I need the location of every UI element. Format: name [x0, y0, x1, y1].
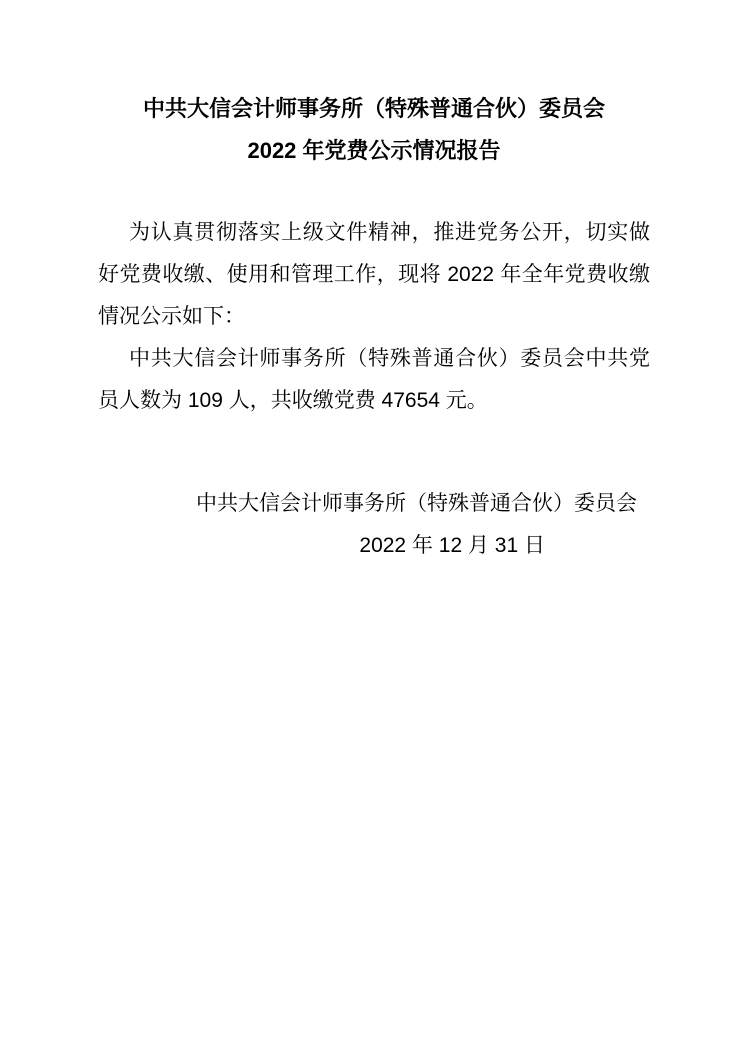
signature-block: 中共大信会计师事务所（特殊普通合伙）委员会 2022 年 12 月 31 日	[98, 483, 650, 567]
paragraph-2-line-2: 员人数为 109 人，共收缴党费 47654 元。	[98, 380, 650, 422]
document-page: 中共大信会计师事务所（特殊普通合伙）委员会 2022 年党费公示情况报告 为认真…	[0, 0, 750, 1061]
document-title: 中共大信会计师事务所（特殊普通合伙）委员会 2022 年党费公示情况报告	[98, 88, 650, 172]
paragraph-1-line-3: 情况公示如下：	[98, 296, 650, 338]
document-body: 为认真贯彻落实上级文件精神，推进党务公开，切实做 好党费收缴、使用和管理工作，现…	[98, 212, 650, 422]
paragraph-1-line-2: 好党费收缴、使用和管理工作，现将 2022 年全年党费收缴	[98, 254, 650, 296]
paragraph-1-line-1: 为认真贯彻落实上级文件精神，推进党务公开，切实做	[98, 212, 650, 254]
paragraph-2-line-1: 中共大信会计师事务所（特殊普通合伙）委员会中共党	[98, 338, 650, 380]
signature-organization: 中共大信会计师事务所（特殊普通合伙）委员会	[98, 483, 650, 525]
title-line-1: 中共大信会计师事务所（特殊普通合伙）委员会	[98, 88, 650, 130]
paragraph-1: 为认真贯彻落实上级文件精神，推进党务公开，切实做 好党费收缴、使用和管理工作，现…	[98, 212, 650, 338]
paragraph-2: 中共大信会计师事务所（特殊普通合伙）委员会中共党 员人数为 109 人，共收缴党…	[98, 338, 650, 422]
title-line-2: 2022 年党费公示情况报告	[98, 130, 650, 172]
signature-date: 2022 年 12 月 31 日	[98, 525, 650, 567]
